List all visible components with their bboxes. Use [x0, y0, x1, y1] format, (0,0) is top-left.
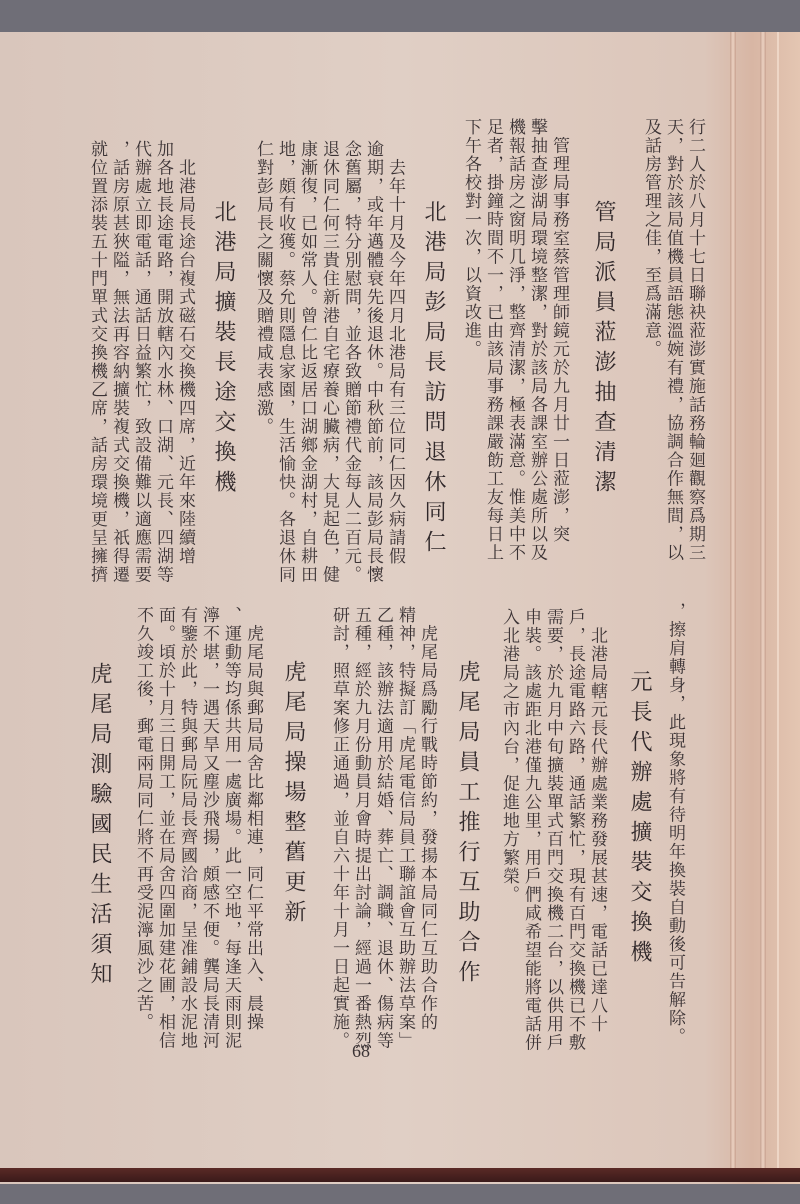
- text-line: 五種，經於九月份動員月會時提出討論，經過一番熱烈: [350, 606, 372, 1050]
- text-line: 行二人於八月十七日聯袂蒞澎實施話務輪廻觀察爲期三: [684, 118, 706, 562]
- text-line: ，擦肩轉身，此現象將有待明年換裝自動後可告解除。: [664, 602, 686, 1046]
- page-edge: [730, 32, 736, 1182]
- text-line: 就位置添裝五十門單式交換機乙席，話房環境更呈擁擠: [86, 140, 108, 584]
- text-line: 北港局長途台複式磁石交換機四席，近年來陸續增: [174, 140, 196, 566]
- text-line: 逾期，或年邁體衰先後退休。中秋節前，該局彭局長懷: [362, 140, 384, 584]
- text-line: 去年十月及今年四月北港局有三位同仁因久病請假: [384, 140, 406, 566]
- article-title: 北港局擴裝長途交換機: [210, 200, 236, 500]
- text-line: 下午各校對一次，以資改進。: [460, 118, 482, 359]
- text-line: 代辦處立即電話，通話日益繁忙，致設備難以適應需要: [130, 140, 152, 584]
- text-line: 退休同仁何三貴住新港自宅療養心臟病，大見起色，健: [318, 140, 340, 584]
- text-line: 天，對於該局值機員語態溫婉有禮，協調合作無間，以: [662, 118, 684, 562]
- text-line: 有鑒於此，特與郵局阮局長齊國洽商，呈准鋪設水泥地: [176, 606, 198, 1050]
- binding-line: [777, 32, 779, 1182]
- text-line: 康漸復，已如常人。曾仁比返居口湖鄉金湖村，自耕田: [296, 140, 318, 584]
- text-line: 、運動等均係共用一處廣場。此一空地，每逢天雨則泥: [220, 606, 242, 1050]
- article-title: 虎尾局操場整舊更新: [280, 660, 306, 930]
- text-line: 北港局轄元長代辦處業務發展甚速，電話已達八十: [586, 608, 608, 1034]
- book-cover-edge: [0, 1168, 800, 1182]
- text-line: 及話房管理之佳，至爲滿意。: [640, 118, 662, 359]
- page-edge: [760, 32, 766, 1182]
- text-line: 不久竣工後，郵電兩局同仁將不再受泥濘風沙之苦。: [132, 606, 154, 1032]
- text-line: 虎尾局爲勵行戰時節約，發揚本局同仁互助合作的: [416, 606, 438, 1032]
- text-line: 念舊屬，特分別慰問，並各致贈節禮代金每人二百元。: [340, 140, 362, 584]
- text-line: 足者，掛鐘時間不一，已由該局事務課嚴飭工友每日上: [482, 118, 504, 562]
- text-line: 仁對彭局長之關懷及贈禮咸表感激。: [252, 140, 274, 436]
- text-line: 機報話房之窗明几淨，整齊清潔，極表滿意。惟美中不: [504, 118, 526, 562]
- text-line: 擊抽查澎湖局環境整潔，對於該局各課室辦公處所以及: [526, 118, 548, 562]
- text-line: 管理局事務室蔡管理師鏡元於九月廿一日蒞澎，突: [548, 118, 570, 544]
- text-line: 地，頗有收獲。蔡允則隱息家園，生活愉快。各退休同: [274, 140, 296, 584]
- text-line: 需要，於九月中旬擴裝單式百門交換機二台，以供用戶: [542, 608, 564, 1052]
- article-title: 虎尾局員工推行互助合作: [454, 660, 480, 990]
- text-line: 虎尾局與郵局局舍比鄰相連，同仁平常出入、晨操: [242, 606, 264, 1032]
- text-line: 研討，照草案修正通過，並自六十年十月一日起實施。: [328, 606, 350, 1050]
- article-title: 北港局彭局長訪問退休同仁: [420, 200, 446, 560]
- text-line: ，話房原甚狹隘，無法再容納擴裝複式交換機，祇得遷: [108, 140, 130, 584]
- text-line: 加各地長途電路，開放轄內水林、口湖、元長、四湖等: [152, 140, 174, 584]
- text-line: 乙種，該辦法適用於結婚、葬亡、調職、退休、傷病等: [372, 606, 394, 1050]
- text-line: 戶，長途電路六路，通話繁忙，現有百門交換機已不敷: [564, 608, 586, 1052]
- text-line: 入北港局之市內台，促進地方繁榮。: [498, 608, 520, 904]
- article-title: 管局派員蒞澎抽查清潔: [590, 200, 616, 500]
- article-title: 虎尾局測驗國民生活須知: [86, 662, 112, 992]
- text-line: 申裝。該處距北港僅九公里，用戶們咸希望能將電話併: [520, 608, 542, 1052]
- text-line: 精神，特擬訂「虎尾電信局員工聯誼會互助辦法草案」: [394, 606, 416, 1050]
- text-line: 面。頃於十月三日開工，並在局舍四圍加建花圃，相信: [154, 606, 176, 1050]
- article-title: 元長代辦處擴裝交換機: [626, 670, 652, 970]
- text-line: 濘不堪，一遇天旱又塵沙飛揚，頗感不便。龔局長清河: [198, 606, 220, 1050]
- page-number: 68: [352, 1041, 370, 1062]
